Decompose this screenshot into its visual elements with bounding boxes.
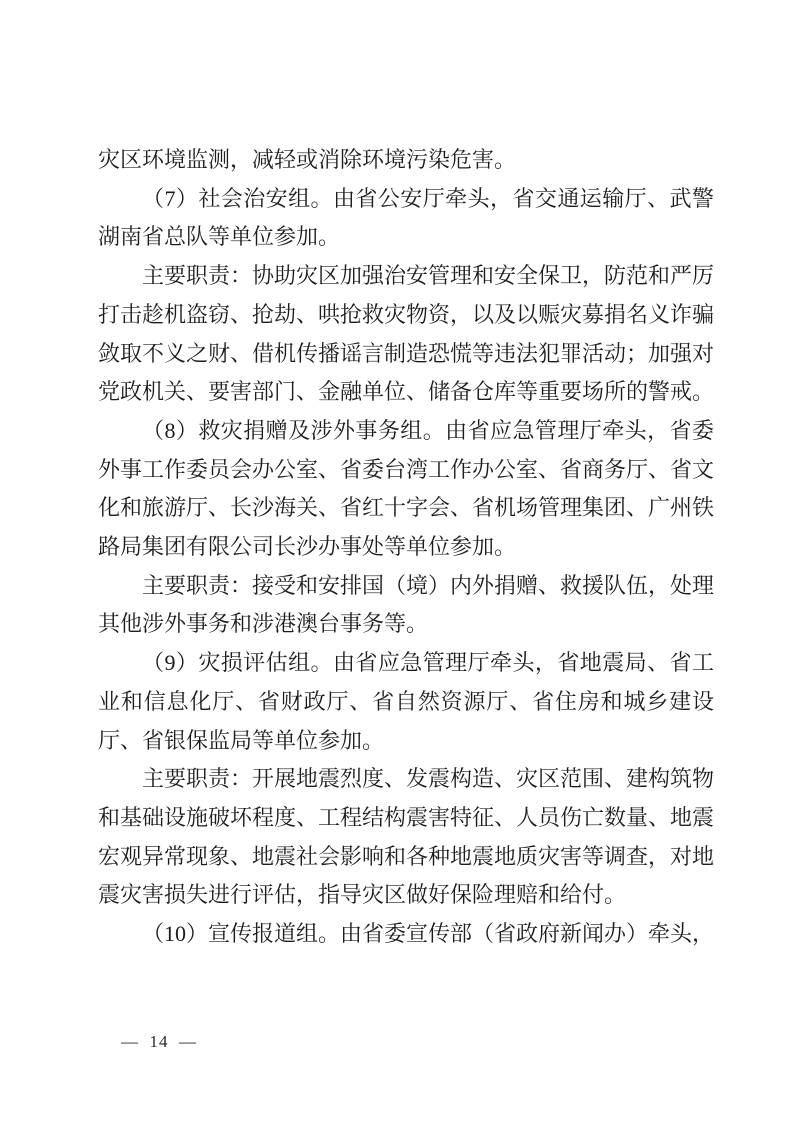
document-page: 灾区环境监测，减轻或消除环境污染危害。 （7）社会治安组。由省公安厅牵头，省交通…: [0, 0, 794, 1122]
page-number: — 14 —: [121, 1032, 197, 1052]
paragraph-group7-heading: （7）社会治安组。由省公安厅牵头，省交通运输厅、武警湖南省总队等单位参加。: [98, 180, 714, 257]
paragraph-group10-heading: （10）宣传报道组。由省委宣传部（省政府新闻办）牵头，: [98, 915, 714, 954]
paragraph-group8-duties: 主要职责：接受和安排国（境）内外捐赠、救援队伍，处理其他涉外事务和涉港澳台事务等…: [98, 567, 714, 644]
paragraph-group8-heading: （8）救灾捐赠及涉外事务组。由省应急管理厅牵头，省委外事工作委员会办公室、省委台…: [98, 412, 714, 567]
paragraph-group9-duties: 主要职责：开展地震烈度、发震构造、灾区范围、建构筑物和基础设施破坏程度、工程结构…: [98, 760, 714, 915]
document-body: 灾区环境监测，减轻或消除环境污染危害。 （7）社会治安组。由省公安厅牵头，省交通…: [98, 141, 714, 954]
paragraph-group7-duties: 主要职责：协助灾区加强治安管理和安全保卫，防范和严厉打击趁机盗窃、抢劫、哄抢救灾…: [98, 257, 714, 412]
paragraph-continuation: 灾区环境监测，减轻或消除环境污染危害。: [98, 141, 714, 180]
paragraph-group9-heading: （9）灾损评估组。由省应急管理厅牵头，省地震局、省工业和信息化厅、省财政厅、省自…: [98, 644, 714, 760]
